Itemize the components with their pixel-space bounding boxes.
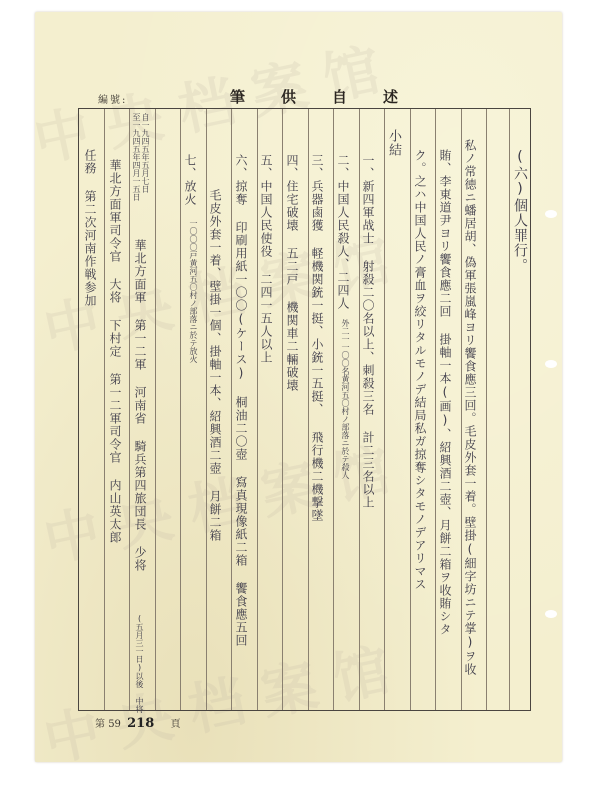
page-annotation: 59 — [108, 719, 121, 730]
summary-item-7: 七、放火 — [184, 154, 196, 206]
mission: 任務 第二次河南作戦参加 — [84, 149, 96, 307]
column-rule — [257, 109, 258, 710]
summary-item-2: 二、中国人民殺人、二四人 — [337, 154, 349, 310]
text-column: 賄、李東道尹ヨリ饗食應二回 掛軸一本(画)、紹興酒二壺、月餅二箱ヲ收賄シタ — [439, 149, 451, 636]
page-suffix: 頁 — [170, 719, 180, 730]
column-rule — [509, 109, 510, 710]
document-title: 筆供自述 — [230, 86, 434, 107]
summary-item-1: 一、新四軍战士 射殺二〇名以上、刺殺三名 計二三名以上 — [362, 154, 374, 509]
column-rule — [333, 109, 334, 710]
page-number: 218 — [127, 716, 154, 731]
column-rule — [155, 109, 156, 710]
period-from: 自一九四五年五月七日 — [141, 113, 149, 193]
column-rule — [435, 109, 436, 710]
service-record: 華北方面軍 第一二軍 河南省 騎兵第四旅団長 少将 — [134, 239, 146, 572]
section-heading-personal-crimes: (六)個人罪行。 — [513, 149, 527, 273]
ruled-writing-grid: (六)個人罪行。 私ノ常徳ニ蟠居胡、偽軍張嵐峰ヨリ饗食應三回。毛皮外套一着。壁掛… — [78, 108, 531, 711]
summary-heading: 小結 — [387, 129, 400, 157]
summary-item-3: 三、兵器鹵獲 軽機関銃一挺、小銃一五挺、 飛行機二機撃墜 — [311, 154, 323, 522]
text-column: 私ノ常徳ニ蟠居胡、偽軍張嵐峰ヨリ饗食應三回。毛皮外套一着。壁掛(細字坊ニテ掌)ヲ… — [464, 139, 476, 676]
column-rule — [206, 109, 207, 710]
commanders: 華北方面軍司令官 大将 下村定 第一二軍司令官 内山英太郎 — [109, 159, 121, 544]
column-rule — [231, 109, 232, 710]
column-rule — [104, 109, 105, 710]
document-number-label: 編號: — [98, 91, 127, 106]
column-rule — [384, 109, 385, 710]
summary-item-6: 六、掠奪 印刷用紙一〇〇(ケース) 桐油二〇壺 寫真現像紙二箱 饗食應五回 — [235, 154, 247, 647]
period-to: 至一九四五年四月一五日 — [132, 113, 140, 201]
column-rule — [486, 109, 487, 710]
text-column: ク。之ハ中国人民ノ膏血ヲ絞リタルモノデ結局私ガ掠奪シタモノデアリマス — [414, 149, 426, 591]
summary-item-7-note: 一〇〇〇戸黄河五〇村ノ部落ニ於テ放火 — [189, 219, 197, 363]
column-rule — [461, 109, 462, 710]
summary-item-6-cont: 毛皮外套一着、壁掛一個、掛軸一本、紹興酒二壺 月餅二箱 — [209, 189, 221, 542]
summary-item-4: 四、住宅破壊 五二戸 機関車二輛破壊 — [286, 154, 298, 392]
binding-hole — [545, 360, 557, 368]
summary-item-5: 五、中国人民使役 二四一五人以上 — [260, 154, 272, 364]
column-rule — [282, 109, 283, 710]
binding-hole — [545, 610, 557, 618]
column-rule — [359, 109, 360, 710]
page-number-footer: 第 59 218 頁 — [95, 715, 180, 731]
column-rule — [129, 109, 130, 710]
column-rule — [180, 109, 181, 710]
column-rule — [308, 109, 309, 710]
binding-hole — [545, 210, 557, 218]
summary-item-2-note: 外二一一〇〇名黄河五〇村ノ部落ニ於テ殺人 — [341, 319, 349, 479]
promotion-note: (五月三一日)以後 中将 — [135, 614, 143, 713]
page-prefix: 第 — [95, 719, 105, 730]
column-rule — [410, 109, 411, 710]
